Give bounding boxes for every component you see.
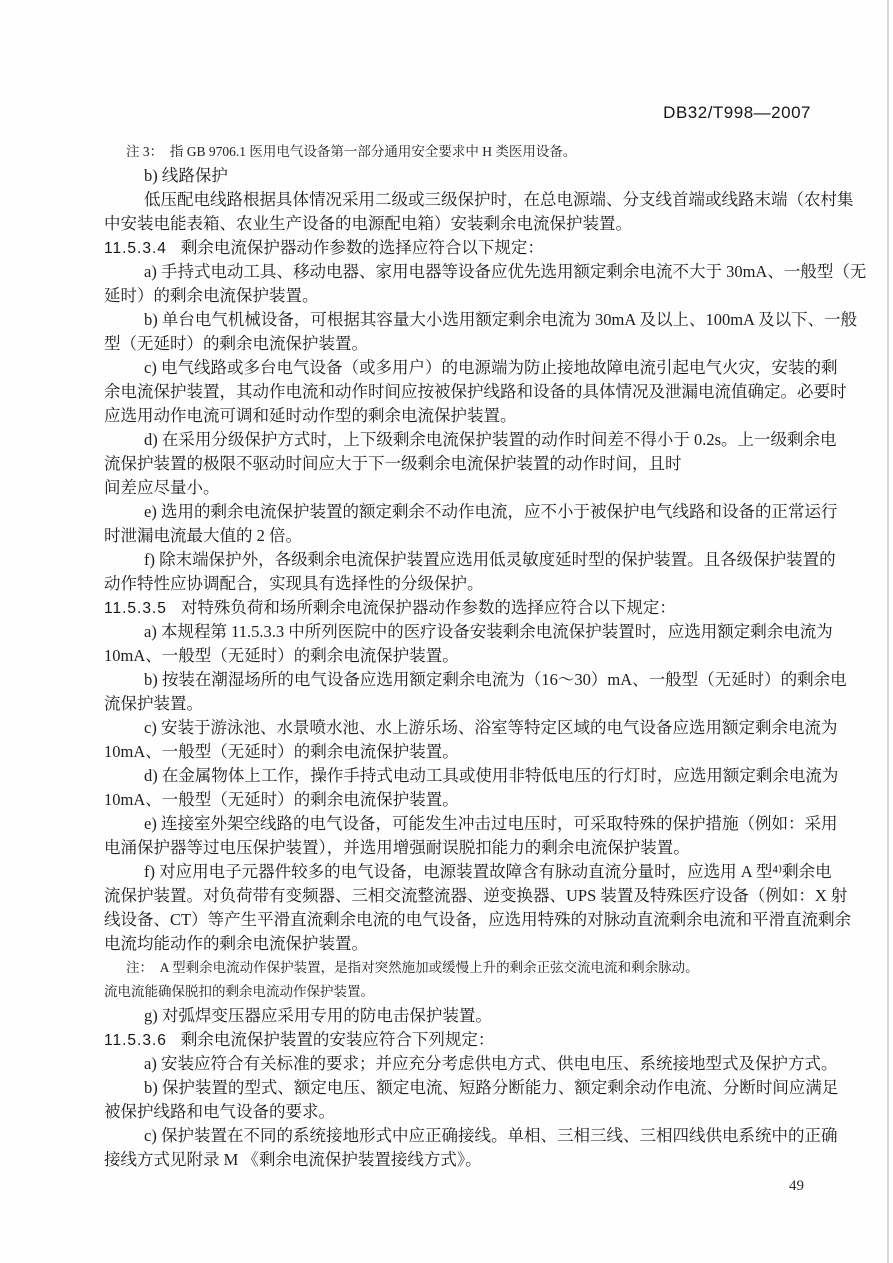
clause-line: 11.5.3.6剩余电流保护装置的安装应符合下列规定： xyxy=(104,1028,811,1052)
note-block: 注 3： 指 GB 9706.1 医用电气设备第一部分通用安全要求中 H 类医用… xyxy=(104,140,811,164)
paragraph: a) 本规程第 11.5.3.3 中所列医院中的医疗设备安装剩余电流保护装置时，… xyxy=(104,620,811,668)
paragraph: d) 在金属物体上工作，操作手持式电动工具或使用非特低电压的行灯时，应选用额定剩… xyxy=(104,764,811,812)
paragraph: b) 按装在潮湿场所的电气设备应选用额定剩余电流为（16～30）mA、一般型（无… xyxy=(104,668,811,716)
clause-line: 11.5.3.4剩余电流保护器动作参数的选择应符合以下规定： xyxy=(104,236,811,260)
text-line: 中安装电能表箱、农业生产设备的电源配电箱）安装剩余电流保护装置。 xyxy=(104,212,811,236)
text-line: 注 3： 指 GB 9706.1 医用电气设备第一部分通用安全要求中 H 类医用… xyxy=(104,140,811,164)
paragraph: e) 连接室外架空线路的电气设备，可能发生冲击过电压时，可采取特殊的保护措施（例… xyxy=(104,812,811,860)
text-line: 低压配电线路根据具体情况采用二级或三级保护时，在总电源端、分支线首端或线路末端（… xyxy=(104,188,811,212)
text-line: 线设备、CT）等产生平滑直流剩余电流的电气设备，应选用特殊的对脉动直流剩余电流和… xyxy=(104,908,811,932)
standard-code-header: DB32/T998—2007 xyxy=(104,103,811,123)
paragraph: f) 对应用电子元器件较多的电气设备，电源装置故障含有脉动直流分量时，应选用 A… xyxy=(104,860,811,956)
clause-heading: 11.5.3.5对特殊负荷和场所剩余电流保护器动作参数的选择应符合以下规定： xyxy=(104,596,811,620)
paragraph: a) 安装应符合有关标准的要求；并应充分考虑供电方式、供电电压、系统接地型式及保… xyxy=(104,1052,811,1076)
text-line: 动作特性应协调配合，实现具有选择性的分级保护。 xyxy=(104,572,811,596)
clause-heading: 11.5.3.4剩余电流保护器动作参数的选择应符合以下规定： xyxy=(104,236,811,260)
page-number: 49 xyxy=(104,1178,804,1195)
clause-title: 剩余电流保护器动作参数的选择应符合以下规定： xyxy=(181,238,544,257)
text-line: a) 安装应符合有关标准的要求；并应充分考虑供电方式、供电电压、系统接地型式及保… xyxy=(104,1052,811,1076)
text-line: 注： A 型剩余电流动作保护装置，是指对突然施加或缓慢上升的剩余正弦交流电流和剩… xyxy=(104,956,811,980)
text-line: d) 在采用分级保护方式时，上下级剩余电流保护装置的动作时间差不得小于 0.2s… xyxy=(104,428,811,452)
text-line: c) 安装于游泳池、水景喷水池、水上游乐场、浴室等特定区域的电气设备应选用额定剩… xyxy=(104,716,811,740)
paragraph: 低压配电线路根据具体情况采用二级或三级保护时，在总电源端、分支线首端或线路末端（… xyxy=(104,188,811,236)
note-block: 注： A 型剩余电流动作保护装置，是指对突然施加或缓慢上升的剩余正弦交流电流和剩… xyxy=(104,956,811,1004)
clause-heading: 11.5.3.6剩余电流保护装置的安装应符合下列规定： xyxy=(104,1028,811,1052)
text-line: 流保护装置。对负荷带有变频器、三相交流整流器、逆变换器、UPS 装置及特殊医疗设… xyxy=(104,884,811,908)
text-line: d) 在金属物体上工作，操作手持式电动工具或使用非特低电压的行灯时，应选用额定剩… xyxy=(104,764,811,788)
text-line: 延时）的剩余电流保护装置。 xyxy=(104,284,811,308)
text-line: 10mA、一般型（无延时）的剩余电流保护装置。 xyxy=(104,740,811,764)
text-line: f) 除末端保护外，各级剩余电流保护装置应选用低灵敏度延时型的保护装置。且各级保… xyxy=(104,548,811,572)
scanned-page: { "colors": { "background": "#fefefe", "… xyxy=(0,0,893,1263)
text-line: 型（无延时）的剩余电流保护装置。 xyxy=(104,332,811,356)
clause-title: 对特殊负荷和场所剩余电流保护器动作参数的选择应符合以下规定： xyxy=(181,598,676,617)
document-body: 注 3： 指 GB 9706.1 医用电气设备第一部分通用安全要求中 H 类医用… xyxy=(104,140,811,1172)
text-line: 流电流能确保脱扣的剩余电流动作保护装置。 xyxy=(104,980,811,1004)
paragraph: c) 保护装置在不同的系统接地形式中应正确接线。单相、三相三线、三相四线供电系统… xyxy=(104,1124,811,1172)
paragraph: b) 保护装置的型式、额定电压、额定电流、短路分断能力、额定剩余动作电流、分断时… xyxy=(104,1076,811,1124)
text-line: e) 选用的剩余电流保护装置的额定剩余不动作电流，应不小于被保护电气线路和设备的… xyxy=(104,500,811,524)
text-line: b) 单台电气机械设备，可根据其容量大小选用额定剩余电流为 30mA 及以上、1… xyxy=(104,308,811,332)
text-line: 流保护装置的极限不驱动时间应大于下一级剩余电流保护装置的动作时间，且时 xyxy=(104,452,811,476)
clause-number: 11.5.3.5 xyxy=(104,600,167,617)
text-line: 余电流保护装置，其动作电流和动作时间应按被保护线路和设备的具体情况及泄漏电流值确… xyxy=(104,380,811,404)
text-line: a) 本规程第 11.5.3.3 中所列医院中的医疗设备安装剩余电流保护装置时，… xyxy=(104,620,811,644)
paragraph: c) 电气线路或多台电气设备（或多用户）的电源端为防止接地故障电流引起电气火灾，… xyxy=(104,356,811,428)
clause-line: 11.5.3.5对特殊负荷和场所剩余电流保护器动作参数的选择应符合以下规定： xyxy=(104,596,811,620)
paragraph: b) 单台电气机械设备，可根据其容量大小选用额定剩余电流为 30mA 及以上、1… xyxy=(104,308,811,356)
text-line: 应选用动作电流可调和延时动作型的剩余电流保护装置。 xyxy=(104,404,811,428)
text-line: 被保护线路和电气设备的要求。 xyxy=(104,1100,811,1124)
paragraph: e) 选用的剩余电流保护装置的额定剩余不动作电流，应不小于被保护电气线路和设备的… xyxy=(104,500,811,548)
text-line: b) 按装在潮湿场所的电气设备应选用额定剩余电流为（16～30）mA、一般型（无… xyxy=(104,668,811,692)
scan-edge-line xyxy=(887,0,889,1263)
text-line: f) 对应用电子元器件较多的电气设备，电源装置故障含有脉动直流分量时，应选用 A… xyxy=(104,860,811,884)
text-line: e) 连接室外架空线路的电气设备，可能发生冲击过电压时，可采取特殊的保护措施（例… xyxy=(104,812,811,836)
paragraph: g) 对弧焊变压器应采用专用的防电击保护装置。 xyxy=(104,1004,811,1028)
text-line: 电流均能动作的剩余电流保护装置。 xyxy=(104,932,811,956)
text-line: 间差应尽量小。 xyxy=(104,476,811,500)
text-line: 流保护装置。 xyxy=(104,692,811,716)
paragraph: a) 手持式电动工具、移动电器、家用电器等设备应优先选用额定剩余电流不大于 30… xyxy=(104,260,811,308)
text-line: 时泄漏电流最大值的 2 倍。 xyxy=(104,524,811,548)
text-line: c) 电气线路或多台电气设备（或多用户）的电源端为防止接地故障电流引起电气火灾，… xyxy=(104,356,811,380)
clause-title: 剩余电流保护装置的安装应符合下列规定： xyxy=(181,1030,495,1049)
clause-number: 11.5.3.4 xyxy=(104,240,167,257)
text-line: b) 线路保护 xyxy=(104,164,811,188)
paragraph: d) 在采用分级保护方式时，上下级剩余电流保护装置的动作时间差不得小于 0.2s… xyxy=(104,428,811,500)
paragraph: b) 线路保护 xyxy=(104,164,811,188)
text-line: 电涌保护器等过电压保护装置），并选用增强耐误脱扣能力的剩余电流保护装置。 xyxy=(104,836,811,860)
text-line: c) 保护装置在不同的系统接地形式中应正确接线。单相、三相三线、三相四线供电系统… xyxy=(104,1124,811,1148)
clause-number: 11.5.3.6 xyxy=(104,1032,167,1049)
paragraph: c) 安装于游泳池、水景喷水池、水上游乐场、浴室等特定区域的电气设备应选用额定剩… xyxy=(104,716,811,764)
text-line: 10mA、一般型（无延时）的剩余电流保护装置。 xyxy=(104,788,811,812)
text-line: g) 对弧焊变压器应采用专用的防电击保护装置。 xyxy=(104,1004,811,1028)
text-line: 接线方式见附录 M 《剩余电流保护装置接线方式》。 xyxy=(104,1148,811,1172)
text-line: b) 保护装置的型式、额定电压、额定电流、短路分断能力、额定剩余动作电流、分断时… xyxy=(104,1076,811,1100)
paragraph: f) 除末端保护外，各级剩余电流保护装置应选用低灵敏度延时型的保护装置。且各级保… xyxy=(104,548,811,596)
text-line: 10mA、一般型（无延时）的剩余电流保护装置。 xyxy=(104,644,811,668)
text-line: a) 手持式电动工具、移动电器、家用电器等设备应优先选用额定剩余电流不大于 30… xyxy=(104,260,811,284)
